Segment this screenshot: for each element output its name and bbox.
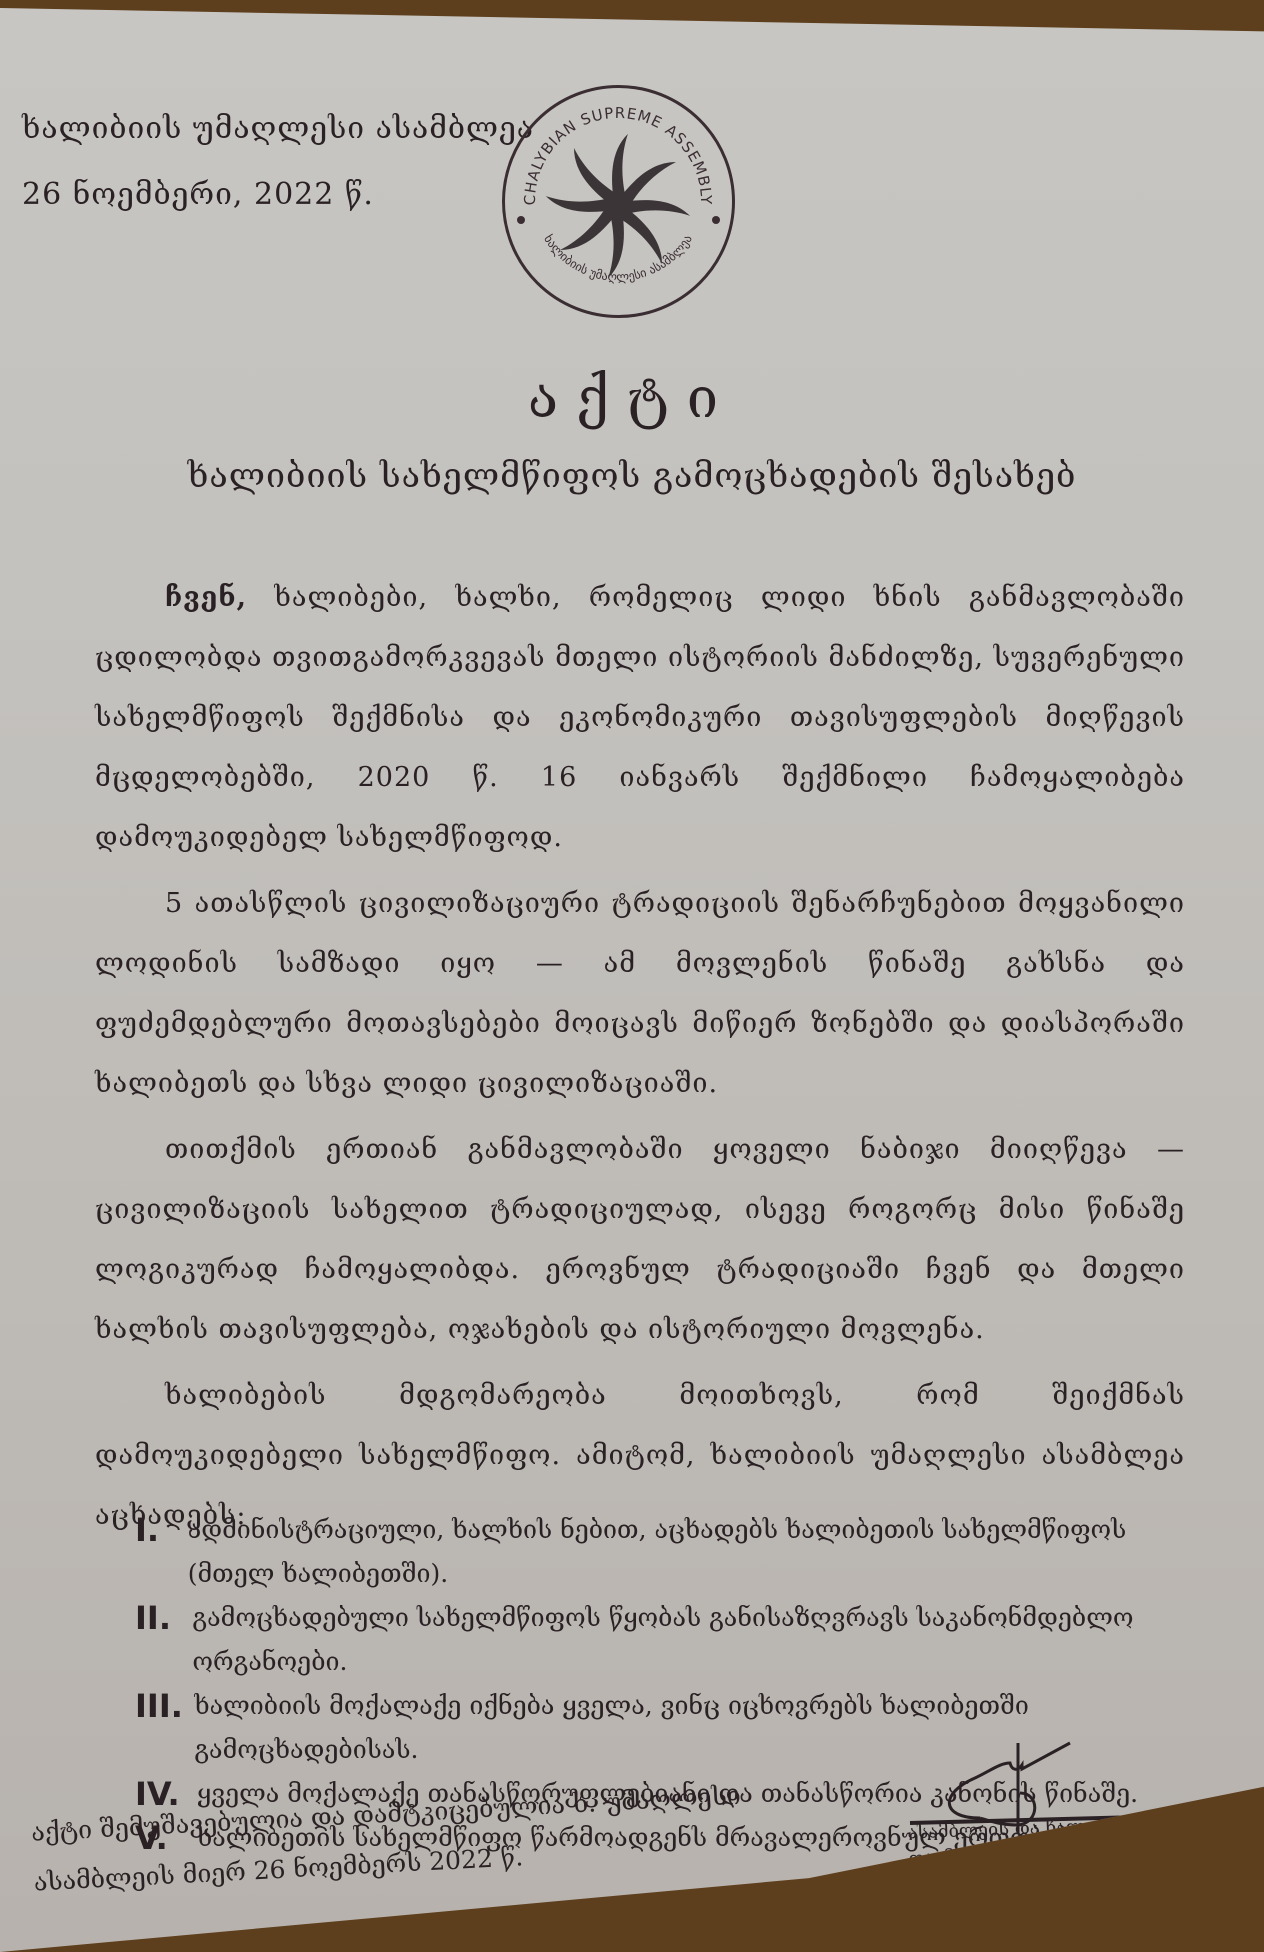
header-date: 26 ნოემბერი, 2022 წ. — [22, 162, 534, 228]
document-page: ხალიბიის უმაღლესი ასამბლეა 26 ნოემბერი, … — [0, 8, 1264, 1952]
document-header: ხალიბიის უმაღლესი ასამბლეა 26 ნოემბერი, … — [22, 96, 534, 228]
declaration-text: გამოცხადებული სახელმწიფოს წყობას განისაზ… — [192, 1596, 1215, 1684]
document-body: ჩვენ, ხალიბები, ხალხი, რომელიც ლიდი ხნის… — [95, 568, 1185, 1552]
declaration-text: ადმინისტრაციული, ხალხის ნებით, აცხადებს … — [188, 1508, 1215, 1596]
paragraph-3: თითქმის ერთიან განმავლობაში ყოველი ნაბიჯ… — [95, 1120, 1185, 1360]
paragraph-1: ჩვენ, ხალიბები, ხალხი, რომელიც ლიდი ხნის… — [95, 568, 1185, 868]
organization-name: ხალიბიის უმაღლესი ასამბლეა — [22, 96, 534, 162]
document-title: აქტი — [0, 366, 1264, 431]
declaration-item: I. ადმინისტრაციული, ხალხის ნებით, აცხადე… — [135, 1508, 1215, 1596]
photo-background: ხალიბიის უმაღლესი ასამბლეა 26 ნოემბერი, … — [0, 0, 1264, 1952]
declaration-item: II. გამოცხადებული სახელმწიფოს წყობას გან… — [135, 1596, 1215, 1684]
declaration-number: II. — [135, 1596, 192, 1684]
paragraph-2: 5 ათასწლის ცივილიზაციური ტრადიციის შენარ… — [95, 874, 1185, 1114]
borjgali-swirl-icon: CHALYBIAN SUPREME ASSEMBLY ხალიბიის უმაღ… — [505, 88, 732, 315]
paragraph-lead: ჩვენ, — [165, 582, 247, 613]
official-seal: CHALYBIAN SUPREME ASSEMBLY ხალიბიის უმაღ… — [502, 85, 735, 318]
signature-caption: ასამბლეის და ხალიბის თავმჯდომარის ხელმოწ… — [907, 1811, 1169, 1872]
declaration-number: I. — [135, 1508, 188, 1596]
document-subtitle: ხალიბიის სახელმწიფოს გამოცხადების შესახე… — [0, 456, 1264, 496]
declaration-number: III. — [135, 1684, 194, 1772]
